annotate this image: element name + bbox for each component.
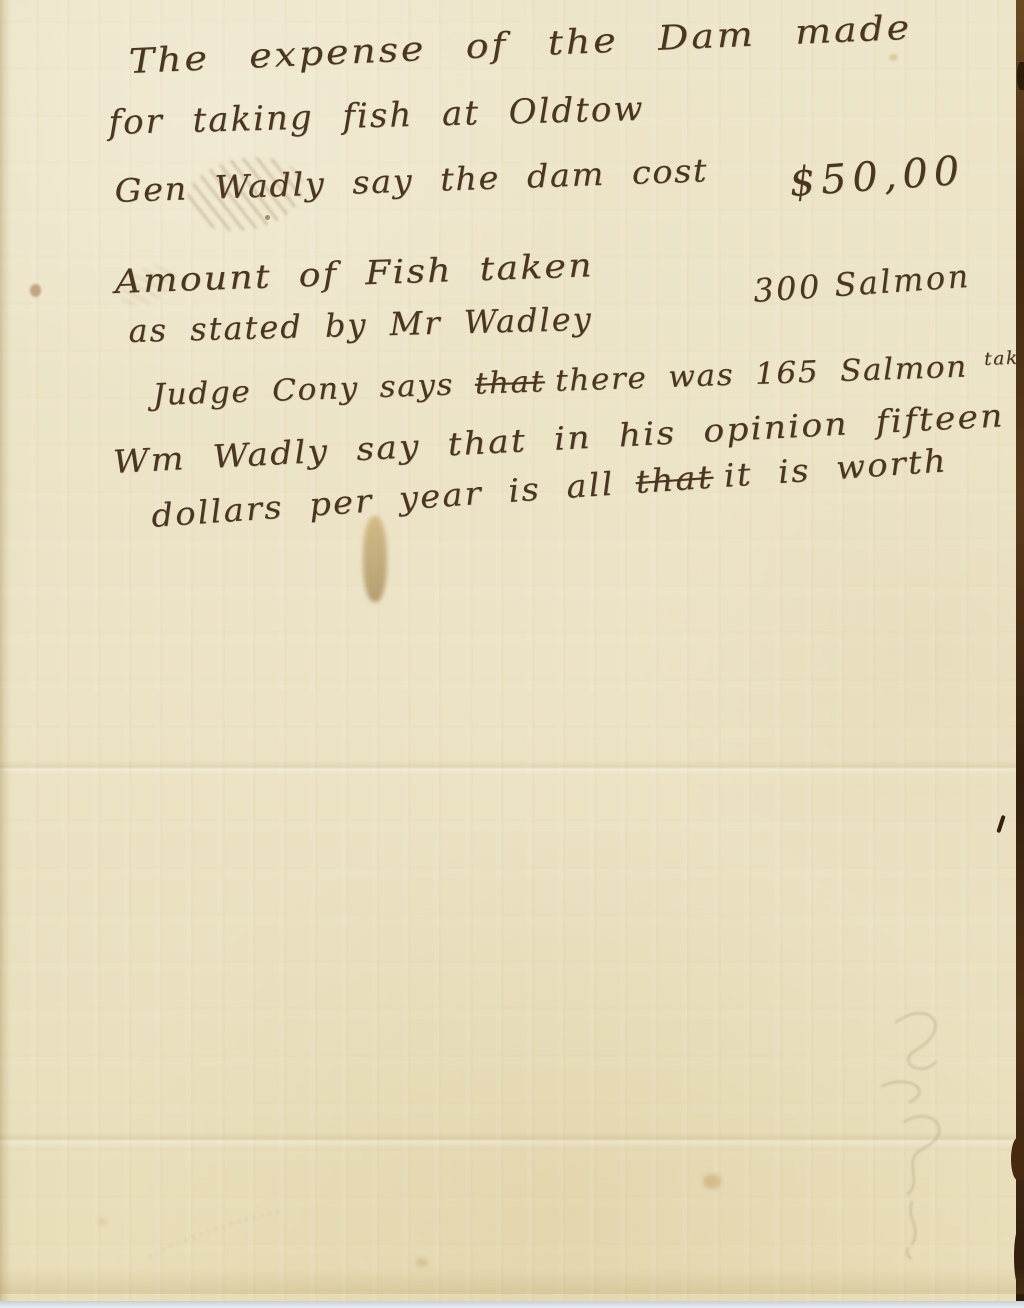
ink-smudge-vertical	[363, 516, 387, 602]
stain-spot	[416, 1258, 428, 1267]
stain-spot	[889, 54, 898, 61]
stain-spot	[265, 215, 270, 220]
struck-word: that	[474, 364, 545, 401]
opinion-line-end: it is worth	[723, 441, 949, 495]
handwriting-line-wadly-cost: Gen Wadly say the dam cost	[114, 151, 709, 210]
struck-word-2: that	[634, 458, 714, 501]
judge-line-end: there was 165 Salmon	[555, 350, 969, 399]
manuscript-scan: { "colors": { "paper": "#ece3c6", "ink":…	[0, 0, 1024, 1308]
stain-spot	[30, 284, 41, 297]
edge-dark-blob	[1011, 1138, 1024, 1180]
judge-line-start: Judge Cony says	[152, 367, 455, 413]
fold-crease-lower	[0, 1132, 1016, 1148]
stain-spot	[98, 1218, 107, 1225]
handwriting-line-as-stated-by: as stated by Mr Wadley	[128, 300, 593, 350]
handwriting-cost-amount: $50,00	[788, 148, 967, 206]
bleed-through-smear	[140, 1205, 290, 1265]
paper-bottom-shading	[0, 1268, 1024, 1294]
bleed-through-marks	[838, 990, 988, 1260]
handwriting-line-amount-fish: Amount of Fish taken	[114, 245, 594, 301]
paper-left-edge-shadow	[0, 0, 12, 1301]
stain-spot	[703, 1174, 721, 1189]
scan-edge-bottom	[0, 1301, 1024, 1308]
handwriting-salmon-count: 300 Salmon	[752, 257, 972, 310]
handwriting-line-expense-title-2: for taking fish at Oldtow	[108, 89, 645, 143]
handwriting-line-expense-title: The expense of the Dam made	[128, 8, 913, 82]
scan-edge-right	[1016, 0, 1024, 1301]
fold-crease-upper	[0, 760, 1016, 776]
paper-sheet: The expense of the Dam made for taking f…	[0, 0, 1024, 1301]
stray-ink-mark	[996, 815, 1005, 833]
edge-dark-blob	[1017, 62, 1024, 90]
